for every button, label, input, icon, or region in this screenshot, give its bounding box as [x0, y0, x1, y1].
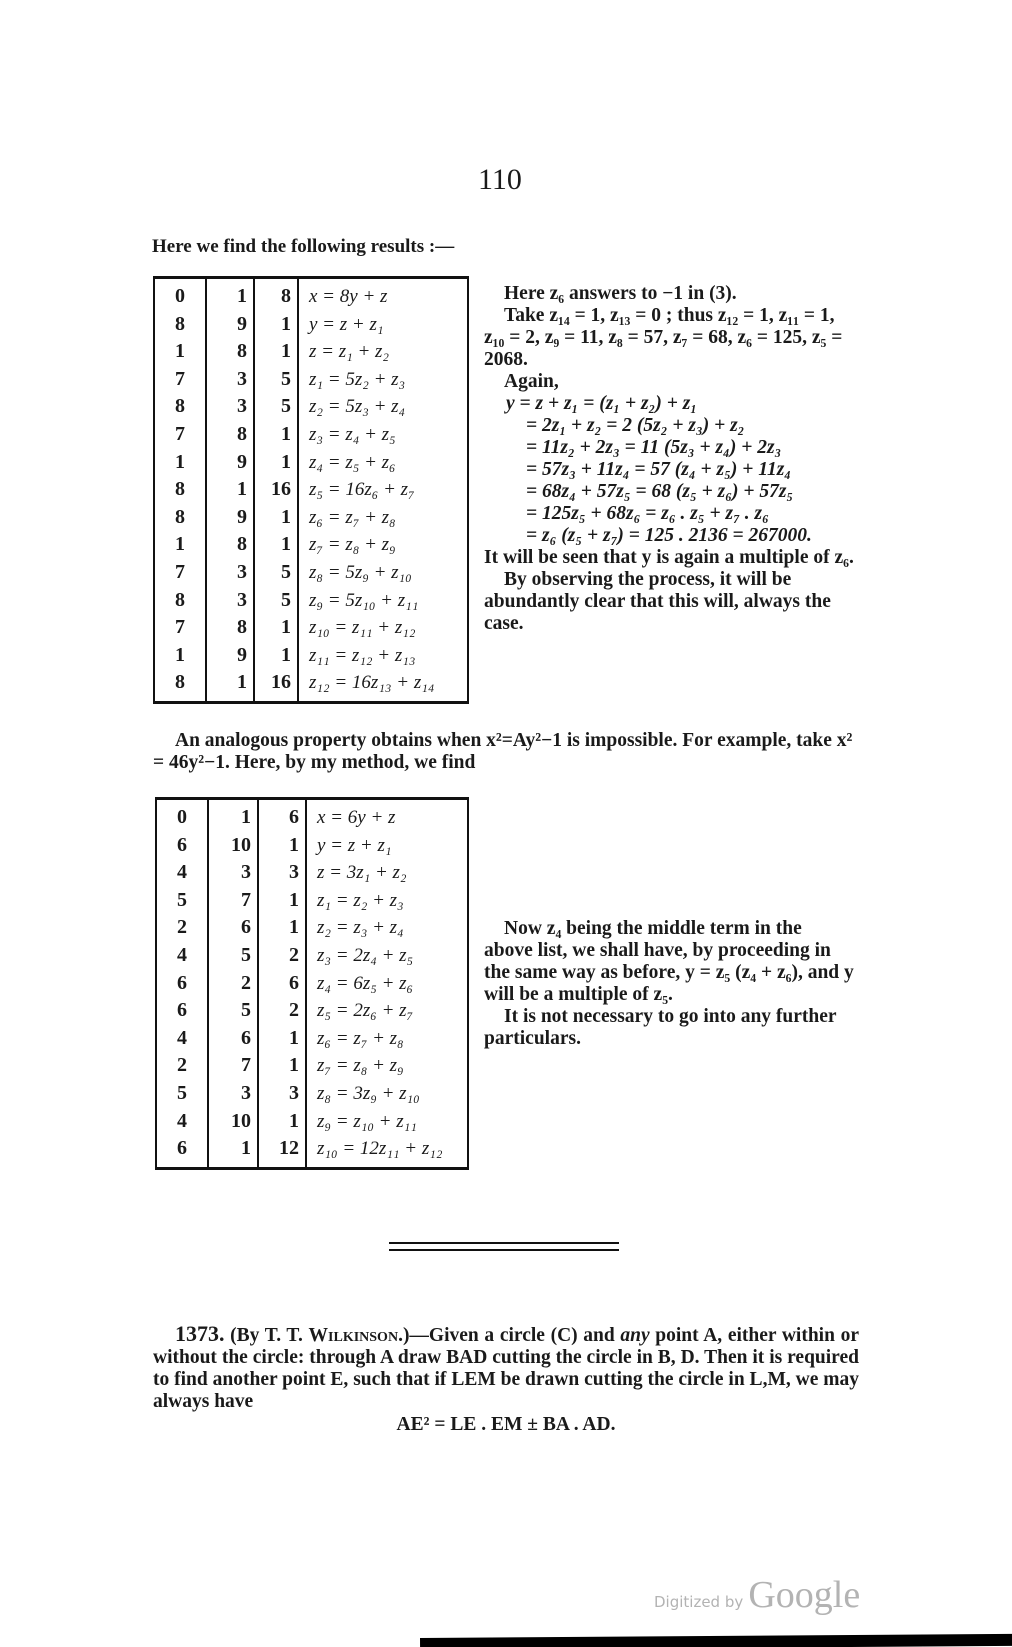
- table-row: 6101y = z + z₁: [156, 832, 468, 860]
- middle-term-text: Now z₄ being the middle term in the abov…: [484, 918, 854, 1006]
- quotient-c-cell: 5: [254, 559, 298, 587]
- quotient-a-cell: 8: [154, 669, 206, 702]
- quotient-b-cell: 7: [208, 1052, 258, 1080]
- table-row: 626z₄ = 6z₅ + z₆: [156, 970, 468, 998]
- quotient-c-cell: 1: [258, 914, 306, 942]
- table-row: 6112z₁₀ = 12z₁₁ + z₁₂: [156, 1135, 468, 1168]
- equation-cell: x = 6y + z: [306, 799, 468, 832]
- equation-cell: z₈ = 5z₉ + z₁₀: [298, 559, 468, 587]
- problem-1373: 1373. (By T. T. Wilkinson.)—Given a circ…: [153, 1323, 859, 1436]
- further-text: It is not necessary to go into any furth…: [484, 1006, 854, 1050]
- quotient-a-cell: 1: [154, 338, 206, 366]
- derivation-line: = 57z₃ + 11z₄ = 57 (z₄ + z₅) + 11z₄: [526, 459, 854, 481]
- quotient-a-cell: 7: [154, 366, 206, 394]
- table-row: 8116z₅ = 16z₆ + z₇: [154, 476, 468, 504]
- quotient-c-cell: 1: [258, 1108, 306, 1136]
- quotient-b-cell: 5: [208, 942, 258, 970]
- table-row: 4101z₉ = z₁₀ + z₁₁: [156, 1108, 468, 1136]
- google-logo: Google: [748, 1574, 860, 1616]
- equation-cell: z₇ = z₈ + z₉: [298, 531, 468, 559]
- equation-cell: z₁₀ = 12z₁₁ + z₁₂: [306, 1135, 468, 1168]
- equation-cell: z₁ = z₂ + z₃: [306, 887, 468, 915]
- table-row: 735z₁ = 5z₂ + z₃: [154, 366, 468, 394]
- quotient-c-cell: 1: [254, 614, 298, 642]
- problem-number: 1373.: [175, 1321, 225, 1346]
- quotient-c-cell: 2: [258, 942, 306, 970]
- quotient-b-cell: 1: [206, 278, 254, 311]
- quotient-b-cell: 6: [208, 1025, 258, 1053]
- quotient-c-cell: 1: [254, 311, 298, 339]
- quotient-b-cell: 9: [206, 504, 254, 532]
- equation-cell: z₆ = z₇ + z₈: [298, 504, 468, 532]
- derivation-line: = 2z₁ + z₂ = 2 (5z₂ + z₃) + z₂: [526, 415, 854, 437]
- quotient-a-cell: 6: [156, 970, 208, 998]
- scan-edge: [420, 1634, 1012, 1647]
- quotient-c-cell: 1: [254, 504, 298, 532]
- analogous-text: An analogous property obtains when x²=Ay…: [153, 730, 853, 774]
- equation-cell: z₁ = 5z₂ + z₃: [298, 366, 468, 394]
- equation-cell: z₄ = 6z₅ + z₆: [306, 970, 468, 998]
- equation-cell: z₂ = 5z₃ + z₄: [298, 393, 468, 421]
- equation-cell: z₁₂ = 16z₁₃ + z₁₄: [298, 669, 468, 702]
- quotient-a-cell: 1: [154, 449, 206, 477]
- table-row: 452z₃ = 2z₄ + z₅: [156, 942, 468, 970]
- derivation-line: = 11z₂ + 2z₃ = 11 (5z₃ + z₄) + 2z₃: [526, 437, 854, 459]
- equation-cell: z₁₀ = z₁₁ + z₁₂: [298, 614, 468, 642]
- multiple-text: It will be seen that y is again a multip…: [484, 547, 854, 569]
- quotient-c-cell: 1: [254, 531, 298, 559]
- table-row: 433z = 3z₁ + z₂: [156, 859, 468, 887]
- quotient-b-cell: 9: [206, 449, 254, 477]
- table-row: 181z₇ = z₈ + z₉: [154, 531, 468, 559]
- quotient-b-cell: 1: [206, 476, 254, 504]
- table-row: 016x = 6y + z: [156, 799, 468, 832]
- google-watermark: Digitized by Google: [654, 1573, 860, 1617]
- quotient-c-cell: 6: [258, 970, 306, 998]
- equation-cell: z₉ = 5z₁₀ + z₁₁: [298, 587, 468, 615]
- quotient-a-cell: 8: [154, 393, 206, 421]
- section-divider: [389, 1242, 619, 1251]
- quotient-b-cell: 10: [208, 832, 258, 860]
- emphasis-any: any: [620, 1325, 649, 1346]
- quotient-b-cell: 8: [206, 338, 254, 366]
- again-text: Again,: [484, 371, 854, 393]
- continued-fraction-table-1: 018x = 8y + z891y = z + z₁181z = z₁ + z₂…: [153, 276, 469, 704]
- quotient-c-cell: 1: [258, 832, 306, 860]
- equation-cell: z = z₁ + z₂: [298, 338, 468, 366]
- quotient-b-cell: 3: [206, 366, 254, 394]
- table-row: 461z₆ = z₇ + z₈: [156, 1025, 468, 1053]
- quotient-a-cell: 4: [156, 859, 208, 887]
- table-row: 735z₈ = 5z₉ + z₁₀: [154, 559, 468, 587]
- equation-cell: z₃ = 2z₄ + z₅: [306, 942, 468, 970]
- quotient-a-cell: 7: [154, 559, 206, 587]
- table-row: 261z₂ = z₃ + z₄: [156, 914, 468, 942]
- quotient-c-cell: 8: [254, 278, 298, 311]
- table-row: 891y = z + z₁: [154, 311, 468, 339]
- quotient-c-cell: 3: [258, 859, 306, 887]
- watermark-digitized: Digitized by: [654, 1593, 743, 1611]
- quotient-a-cell: 4: [156, 1108, 208, 1136]
- quotient-b-cell: 3: [206, 559, 254, 587]
- table-row: 191z₄ = z₅ + z₆: [154, 449, 468, 477]
- quotient-c-cell: 16: [254, 476, 298, 504]
- intro-text: Here we find the following results :—: [152, 236, 454, 258]
- right-column-explanation-2: Now z₄ being the middle term in the abov…: [484, 918, 854, 1050]
- quotient-a-cell: 5: [156, 887, 208, 915]
- quotient-b-cell: 8: [206, 531, 254, 559]
- quotient-b-cell: 10: [208, 1108, 258, 1136]
- analogous-paragraph: An analogous property obtains when x²=Ay…: [153, 730, 853, 774]
- table-row: 652z₅ = 2z₆ + z₇: [156, 997, 468, 1025]
- quotient-b-cell: 3: [206, 587, 254, 615]
- quotient-c-cell: 5: [254, 366, 298, 394]
- quotient-a-cell: 6: [156, 1135, 208, 1168]
- table-row: 181z = z₁ + z₂: [154, 338, 468, 366]
- quotient-a-cell: 7: [154, 614, 206, 642]
- quotient-a-cell: 1: [154, 531, 206, 559]
- quotient-a-cell: 0: [156, 799, 208, 832]
- quotient-b-cell: 8: [206, 614, 254, 642]
- problem-text-a: .)—Given a circle (C) and: [398, 1325, 620, 1346]
- derivation-line: = z₆ (z₅ + z₇) = 125 . 2136 = 267000.: [526, 525, 854, 547]
- quotient-c-cell: 6: [258, 799, 306, 832]
- author-open: (By T. T.: [230, 1325, 308, 1346]
- equation-cell: z₂ = z₃ + z₄: [306, 914, 468, 942]
- quotient-b-cell: 3: [208, 859, 258, 887]
- table-row: 533z₈ = 3z₉ + z₁₀: [156, 1080, 468, 1108]
- equation-cell: z₉ = z₁₀ + z₁₁: [306, 1108, 468, 1136]
- table-row: 835z₉ = 5z₁₀ + z₁₁: [154, 587, 468, 615]
- equation-cell: y = z + z₁: [298, 311, 468, 339]
- quotient-c-cell: 1: [258, 1052, 306, 1080]
- quotient-a-cell: 2: [156, 914, 208, 942]
- table-row: 571z₁ = z₂ + z₃: [156, 887, 468, 915]
- table-row: 191z₁₁ = z₁₂ + z₁₃: [154, 642, 468, 670]
- take-values-text: Take z₁₄ = 1, z₁₃ = 0 ; thus z₁₂ = 1, z₁…: [484, 305, 854, 371]
- observing-text: By observing the process, it will be abu…: [484, 569, 854, 635]
- quotient-c-cell: 5: [254, 587, 298, 615]
- quotient-b-cell: 9: [206, 311, 254, 339]
- quotient-a-cell: 6: [156, 997, 208, 1025]
- equation-cell: y = z + z₁: [306, 832, 468, 860]
- table-row: 018x = 8y + z: [154, 278, 468, 311]
- quotient-a-cell: 5: [156, 1080, 208, 1108]
- quotient-b-cell: 1: [206, 669, 254, 702]
- table-row: 781z₁₀ = z₁₁ + z₁₂: [154, 614, 468, 642]
- quotient-c-cell: 1: [258, 1025, 306, 1053]
- quotient-a-cell: 1: [154, 642, 206, 670]
- quotient-b-cell: 6: [208, 914, 258, 942]
- problem-formula: AE² = LE . EM ± BA . AD.: [153, 1414, 859, 1436]
- quotient-b-cell: 9: [206, 642, 254, 670]
- equation-cell: x = 8y + z: [298, 278, 468, 311]
- quotient-b-cell: 1: [208, 1135, 258, 1168]
- quotient-a-cell: 7: [154, 421, 206, 449]
- quotient-b-cell: 3: [208, 1080, 258, 1108]
- equation-cell: z₅ = 16z₆ + z₇: [298, 476, 468, 504]
- quotient-c-cell: 12: [258, 1135, 306, 1168]
- quotient-b-cell: 5: [208, 997, 258, 1025]
- quotient-c-cell: 1: [254, 338, 298, 366]
- quotient-a-cell: 8: [154, 587, 206, 615]
- quotient-c-cell: 1: [258, 887, 306, 915]
- quotient-a-cell: 2: [156, 1052, 208, 1080]
- table-row: 835z₂ = 5z₃ + z₄: [154, 393, 468, 421]
- quotient-c-cell: 1: [254, 642, 298, 670]
- table-row: 891z₆ = z₇ + z₈: [154, 504, 468, 532]
- equation-cell: z₁₁ = z₁₂ + z₁₃: [298, 642, 468, 670]
- table-row: 781z₃ = z₄ + z₅: [154, 421, 468, 449]
- quotient-b-cell: 7: [208, 887, 258, 915]
- quotient-c-cell: 3: [258, 1080, 306, 1108]
- table-row: 271z₇ = z₈ + z₉: [156, 1052, 468, 1080]
- equation-cell: z₆ = z₇ + z₈: [306, 1025, 468, 1053]
- right-column-explanation-1: Here z₆ answers to −1 in (3). Take z₁₄ =…: [484, 283, 854, 635]
- author-name: Wilkinson: [309, 1325, 399, 1346]
- continued-fraction-table-2: 016x = 6y + z6101y = z + z₁433z = 3z₁ + …: [155, 797, 469, 1170]
- equation-cell: z₅ = 2z₆ + z₇: [306, 997, 468, 1025]
- z6-answers-text: Here z₆ answers to −1 in (3).: [484, 283, 854, 305]
- quotient-a-cell: 8: [154, 476, 206, 504]
- quotient-b-cell: 2: [208, 970, 258, 998]
- quotient-a-cell: 6: [156, 832, 208, 860]
- derivation-line: = 125z₅ + 68z₆ = z₆ . z₅ + z₇ . z₆: [526, 503, 854, 525]
- quotient-a-cell: 4: [156, 1025, 208, 1053]
- quotient-b-cell: 8: [206, 421, 254, 449]
- table-row: 8116z₁₂ = 16z₁₃ + z₁₄: [154, 669, 468, 702]
- quotient-c-cell: 2: [258, 997, 306, 1025]
- page-number: 110: [0, 163, 1000, 197]
- equation-cell: z₈ = 3z₉ + z₁₀: [306, 1080, 468, 1108]
- quotient-c-cell: 16: [254, 669, 298, 702]
- quotient-b-cell: 3: [206, 393, 254, 421]
- quotient-a-cell: 8: [154, 311, 206, 339]
- quotient-c-cell: 1: [254, 449, 298, 477]
- equation-cell: z₇ = z₈ + z₉: [306, 1052, 468, 1080]
- quotient-a-cell: 8: [154, 504, 206, 532]
- equation-cell: z₃ = z₄ + z₅: [298, 421, 468, 449]
- quotient-c-cell: 5: [254, 393, 298, 421]
- quotient-a-cell: 4: [156, 942, 208, 970]
- equation-cell: z = 3z₁ + z₂: [306, 859, 468, 887]
- derivation-line: y = z + z₁ = (z₁ + z₂) + z₁: [506, 393, 854, 415]
- derivation-line: = 68z₄ + 57z₅ = 68 (z₅ + z₆) + 57z₅: [526, 481, 854, 503]
- quotient-a-cell: 0: [154, 278, 206, 311]
- equation-cell: z₄ = z₅ + z₆: [298, 449, 468, 477]
- quotient-b-cell: 1: [208, 799, 258, 832]
- quotient-c-cell: 1: [254, 421, 298, 449]
